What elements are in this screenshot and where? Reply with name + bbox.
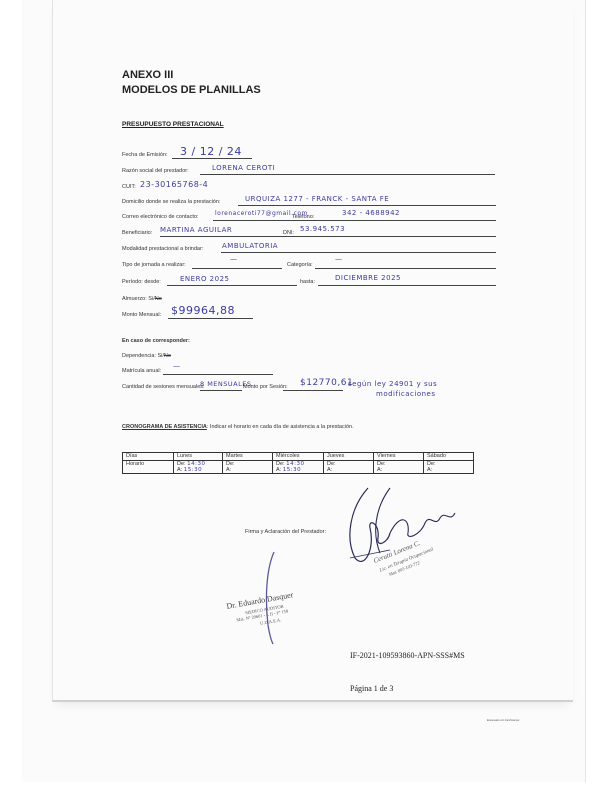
document-page bbox=[52, 0, 573, 702]
almuerzo-si: Si bbox=[148, 296, 153, 302]
day-cell-martes: De: A: bbox=[223, 461, 273, 474]
header-cell: Miércoles bbox=[273, 453, 324, 461]
tipo-jornada-value: — bbox=[230, 255, 238, 263]
firma-label: Firma y Aclaración del Prestador: bbox=[245, 529, 326, 535]
cronograma-heading: CRONOGRAMA DE ASISTENCIA: Indicar el hor… bbox=[122, 424, 354, 430]
monto-mensual-value: $99964,88 bbox=[171, 304, 235, 317]
modalidad-value: AMBULATORIA bbox=[222, 242, 278, 250]
correo-label: Correo electrónico de contacto: bbox=[122, 214, 198, 220]
day-cell-viernes: De: A: bbox=[374, 461, 424, 474]
scanner-note: Escaneado con CamScanner bbox=[487, 719, 520, 722]
day-cell-lunes: De: 14:30 A: 15:30 bbox=[174, 461, 223, 474]
scanned-page bbox=[22, 0, 586, 782]
cronograma-title: CRONOGRAMA DE ASISTENCIA bbox=[122, 424, 207, 430]
header-cell: Lunes bbox=[174, 453, 223, 461]
beneficiario-label: Beneficiario: bbox=[122, 230, 152, 236]
monto-sesion-value: $12770,61 bbox=[300, 378, 353, 388]
almuerzo-label: Almuerzo: Si/No bbox=[122, 296, 162, 302]
periodo-hasta-value: DICIEMBRE 2025 bbox=[335, 274, 401, 282]
beneficiario-value: MARTINA AGUILAR bbox=[160, 226, 232, 234]
sesiones-label: Cantidad de sesiones mensuales: bbox=[122, 384, 205, 390]
tipo-jornada-label: Tipo de jornada a realizar: bbox=[122, 262, 186, 268]
table-header-row: Días Lunes Martes Miércoles Jueves Viern… bbox=[123, 453, 474, 461]
telefono-label: Teléfono: bbox=[292, 214, 314, 220]
row-label: Horario bbox=[123, 461, 174, 474]
dni-label: DNI: bbox=[283, 230, 294, 236]
page-title: MODELOS DE PLANILLAS bbox=[122, 84, 261, 96]
monto-sesion-note-2: modificaciones bbox=[376, 390, 436, 398]
monto-sesion-label: Monto por Sesión: bbox=[243, 384, 288, 390]
matricula-value: — bbox=[173, 362, 181, 370]
almuerzo-no: No bbox=[155, 296, 162, 302]
telefono-value: 342 - 4688942 bbox=[342, 209, 400, 217]
day-cell-sabado: De: A: bbox=[424, 461, 474, 474]
razon-social-label: Razón social del prestador: bbox=[122, 168, 189, 174]
cuit-value: 23-30165768-4 bbox=[140, 180, 208, 189]
categoria-value: — bbox=[335, 255, 343, 263]
table-row: Horario De: 14:30 A: 15:30 De: A: De: 14… bbox=[123, 461, 474, 474]
cuit-label: CUIT: bbox=[122, 184, 136, 190]
miercoles-a: 15:30 bbox=[283, 467, 301, 473]
section-title: PRESUPUESTO PRESTACIONAL bbox=[122, 121, 224, 128]
fecha-value: 3 / 12 / 24 bbox=[180, 145, 242, 158]
cronograma-instructions: : Indicar el horario en cada día de asis… bbox=[207, 424, 354, 430]
periodo-desde-label: Período: desde: bbox=[122, 279, 161, 285]
document-id: IF-2021-109593860-APN-SSS#MS bbox=[350, 651, 465, 660]
page-number: Página 1 de 3 bbox=[350, 684, 393, 693]
cronograma-table: Días Lunes Martes Miércoles Jueves Viern… bbox=[122, 452, 474, 474]
categoria-label: Categoría: bbox=[287, 262, 313, 268]
domicilio-label: Domicilio donde se realiza la prestación… bbox=[122, 199, 220, 205]
day-cell-miercoles: De: 14:30 A: 15:30 bbox=[273, 461, 324, 474]
header-cell: Martes bbox=[223, 453, 273, 461]
dependencia-label: Dependencia: Si/No bbox=[122, 353, 171, 359]
dependencia-no: No bbox=[164, 353, 171, 359]
dni-value: 53.945.573 bbox=[300, 225, 345, 233]
monto-sesion-note-1: según ley 24901 y sus bbox=[348, 380, 437, 388]
domicilio-value: URQUIZA 1277 - FRANCK - SANTA FE bbox=[245, 195, 389, 203]
header-cell: Sábado bbox=[424, 453, 474, 461]
monto-mensual-label: Monto Mensual: bbox=[122, 312, 161, 318]
header-cell: Viernes bbox=[374, 453, 424, 461]
corresponder-title: En caso de corresponder: bbox=[122, 338, 190, 344]
header-cell: Días bbox=[123, 453, 174, 461]
modalidad-label: Modalidad prestacional a brindar: bbox=[122, 246, 203, 252]
razon-social-value: LORENA CEROTI bbox=[212, 164, 275, 172]
periodo-hasta-label: hasta: bbox=[300, 279, 315, 285]
annex-title: ANEXO III bbox=[122, 69, 173, 81]
matricula-label: Matrícula anual: bbox=[122, 368, 161, 374]
periodo-desde-value: ENERO 2025 bbox=[180, 275, 230, 283]
day-cell-jueves: De: A: bbox=[324, 461, 374, 474]
lunes-a: 15:30 bbox=[184, 467, 202, 473]
fecha-label: Fecha de Emisión: bbox=[122, 152, 168, 158]
header-cell: Jueves bbox=[324, 453, 374, 461]
dependencia-si: Si bbox=[157, 353, 162, 359]
